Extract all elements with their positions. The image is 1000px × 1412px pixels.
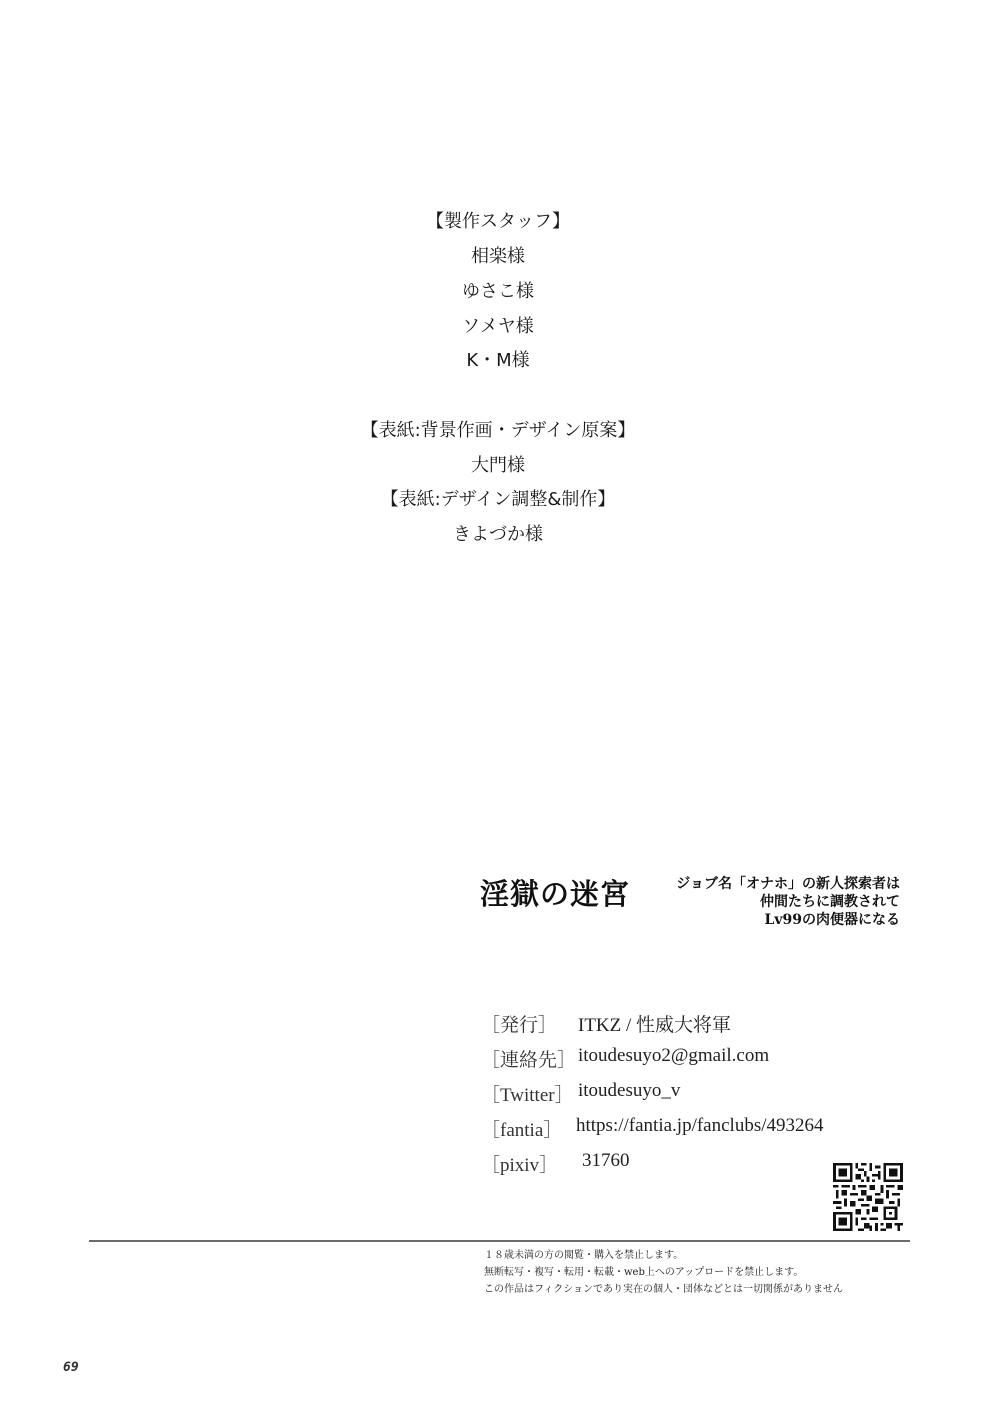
- info-value: ITKZ / 性威大将軍: [578, 1010, 731, 1037]
- page-number: 69: [63, 1360, 79, 1375]
- credit-name: きよづか様: [0, 520, 996, 546]
- info-label: ［fantia］: [481, 1115, 562, 1142]
- info-value-twitter[interactable]: itoudesuyo_v: [578, 1080, 680, 1102]
- credits-heading-cover-art: 【表紙:背景作画・デザイン原案】: [0, 416, 996, 442]
- info-value-pixiv: 31760: [582, 1150, 630, 1172]
- subtitle-line: Lv99の肉便器になる: [676, 911, 900, 929]
- info-value-fantia-link[interactable]: https://fantia.jp/fanclubs/493264: [576, 1115, 824, 1137]
- info-label: ［Twitter］: [481, 1080, 574, 1107]
- book-title: 淫獄の迷宮: [480, 872, 630, 913]
- credit-name: 大門様: [0, 451, 996, 477]
- notice-line: この作品はフィクションであり実在の個人・団体などとは一切関係がありません: [484, 1281, 843, 1298]
- legal-notices: １８歳未満の方の閲覧・購入を禁止します。 無断転写・複写・転用・転載・web上へ…: [484, 1247, 843, 1298]
- qr-code-icon: [833, 1163, 903, 1231]
- subtitle-line: ジョブ名「オナホ」の新人探索者は: [676, 875, 900, 893]
- credit-name: ソメヤ様: [0, 312, 996, 338]
- subtitle-line: 仲間たちに調教されて: [676, 893, 900, 911]
- credits-heading-cover-design: 【表紙:デザイン調整&制作】: [0, 485, 996, 511]
- credit-name: K・M様: [0, 346, 996, 372]
- info-label: ［pixiv］: [481, 1150, 558, 1177]
- notice-line: １８歳未満の方の閲覧・購入を禁止します。: [484, 1247, 843, 1264]
- credit-name: ゆさこ様: [0, 277, 996, 303]
- info-value-email[interactable]: itoudesuyo2@gmail.com: [578, 1045, 769, 1067]
- title-block: 淫獄の迷宮 ジョブ名「オナホ」の新人探索者は 仲間たちに調教されて Lv99の肉…: [480, 868, 900, 938]
- notice-line: 無断転写・複写・転用・転載・web上へのアップロードを禁止します。: [484, 1264, 843, 1281]
- credits-heading-staff: 【製作スタッフ】: [0, 207, 996, 233]
- info-label: ［発行］: [481, 1010, 557, 1037]
- info-label: ［連絡先］: [481, 1045, 576, 1072]
- credit-name: 相楽様: [0, 242, 996, 268]
- divider-line: [89, 1240, 910, 1242]
- book-subtitle: ジョブ名「オナホ」の新人探索者は 仲間たちに調教されて Lv99の肉便器になる: [676, 875, 900, 929]
